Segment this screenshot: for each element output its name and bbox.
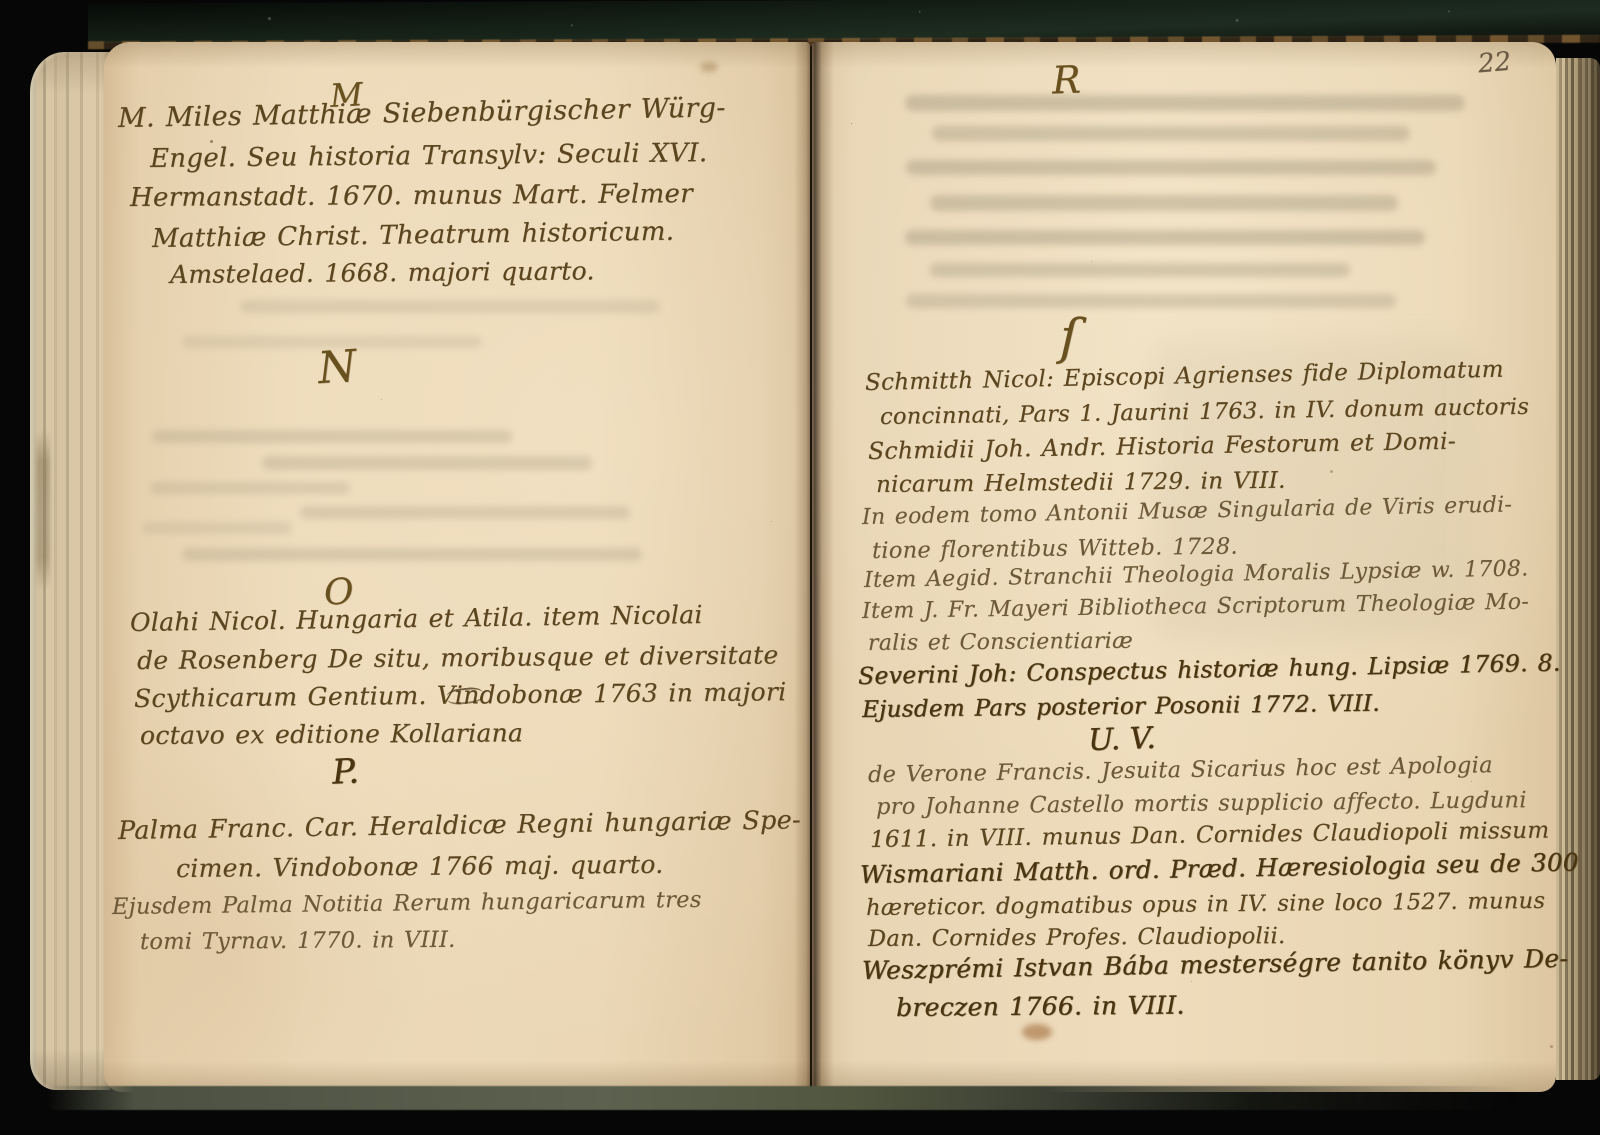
bleedthrough-line <box>930 195 1398 211</box>
manuscript-line: Dan. Cornides Profes. Claudiopolii. <box>868 923 1286 952</box>
manuscript-line: octavo ex editione Kollariana <box>140 718 523 750</box>
bleedthrough-line <box>905 95 1465 111</box>
section-letter-p: P. <box>331 751 360 792</box>
bleedthrough-line <box>906 160 1436 175</box>
bleedthrough-line <box>932 126 1410 141</box>
bleedthrough-line <box>150 482 350 494</box>
manuscript-line: nicarum Helmstedii 1729. in VIII. <box>876 468 1286 498</box>
ink-stain <box>700 62 718 72</box>
folio-number: 22 <box>1477 47 1513 80</box>
section-letter-uv: U. V. <box>1087 721 1156 758</box>
section-letter-n: N <box>316 341 358 395</box>
manuscript-line: breczen 1766. in VIII. <box>896 990 1185 1022</box>
bleedthrough-line <box>905 230 1425 245</box>
bleedthrough-line <box>182 548 642 561</box>
bleedthrough-line <box>300 506 630 519</box>
fore-edge-mark <box>36 430 50 590</box>
manuscript-scan: M M. Miles Matthiæ Siebenbürgischer Würg… <box>0 0 1600 1135</box>
section-letter-s: ſ <box>1059 308 1080 367</box>
manuscript-line: de Rosenberg De situ, moribusque et dive… <box>137 640 779 675</box>
manuscript-line: tione florentibus Witteb. 1728. <box>872 534 1238 564</box>
manuscript-line: Hermanstadt. 1670. munus Mart. Felmer <box>130 179 693 213</box>
book-cover-bottom-edge <box>46 1086 1516 1110</box>
bleedthrough-line <box>152 430 512 443</box>
section-letter-r: R <box>1051 58 1081 103</box>
manuscript-line: cimen. Vindobonæ 1766 maj. quarto. <box>176 850 664 883</box>
book-cover-top-edge <box>88 0 1600 43</box>
bleedthrough-line <box>142 522 292 534</box>
bleedthrough-line <box>930 263 1350 277</box>
manuscript-line: Amstelaed. 1668. majori quarto. <box>170 256 595 289</box>
bleedthrough-line <box>906 294 1396 308</box>
manuscript-line: ralis et Conscientiariæ <box>868 629 1133 656</box>
manuscript-line: Engel. Seu historia Transylv: Seculi XVI… <box>150 138 708 174</box>
ink-stain <box>1022 1024 1052 1040</box>
book-gutter-shadow <box>794 42 834 1094</box>
manuscript-line: tomi Tyrnav. 1770. in VIII. <box>140 927 456 955</box>
bleedthrough-line <box>262 456 592 470</box>
bleedthrough-line <box>240 300 660 313</box>
page-stack-right-edge <box>1556 58 1600 1080</box>
